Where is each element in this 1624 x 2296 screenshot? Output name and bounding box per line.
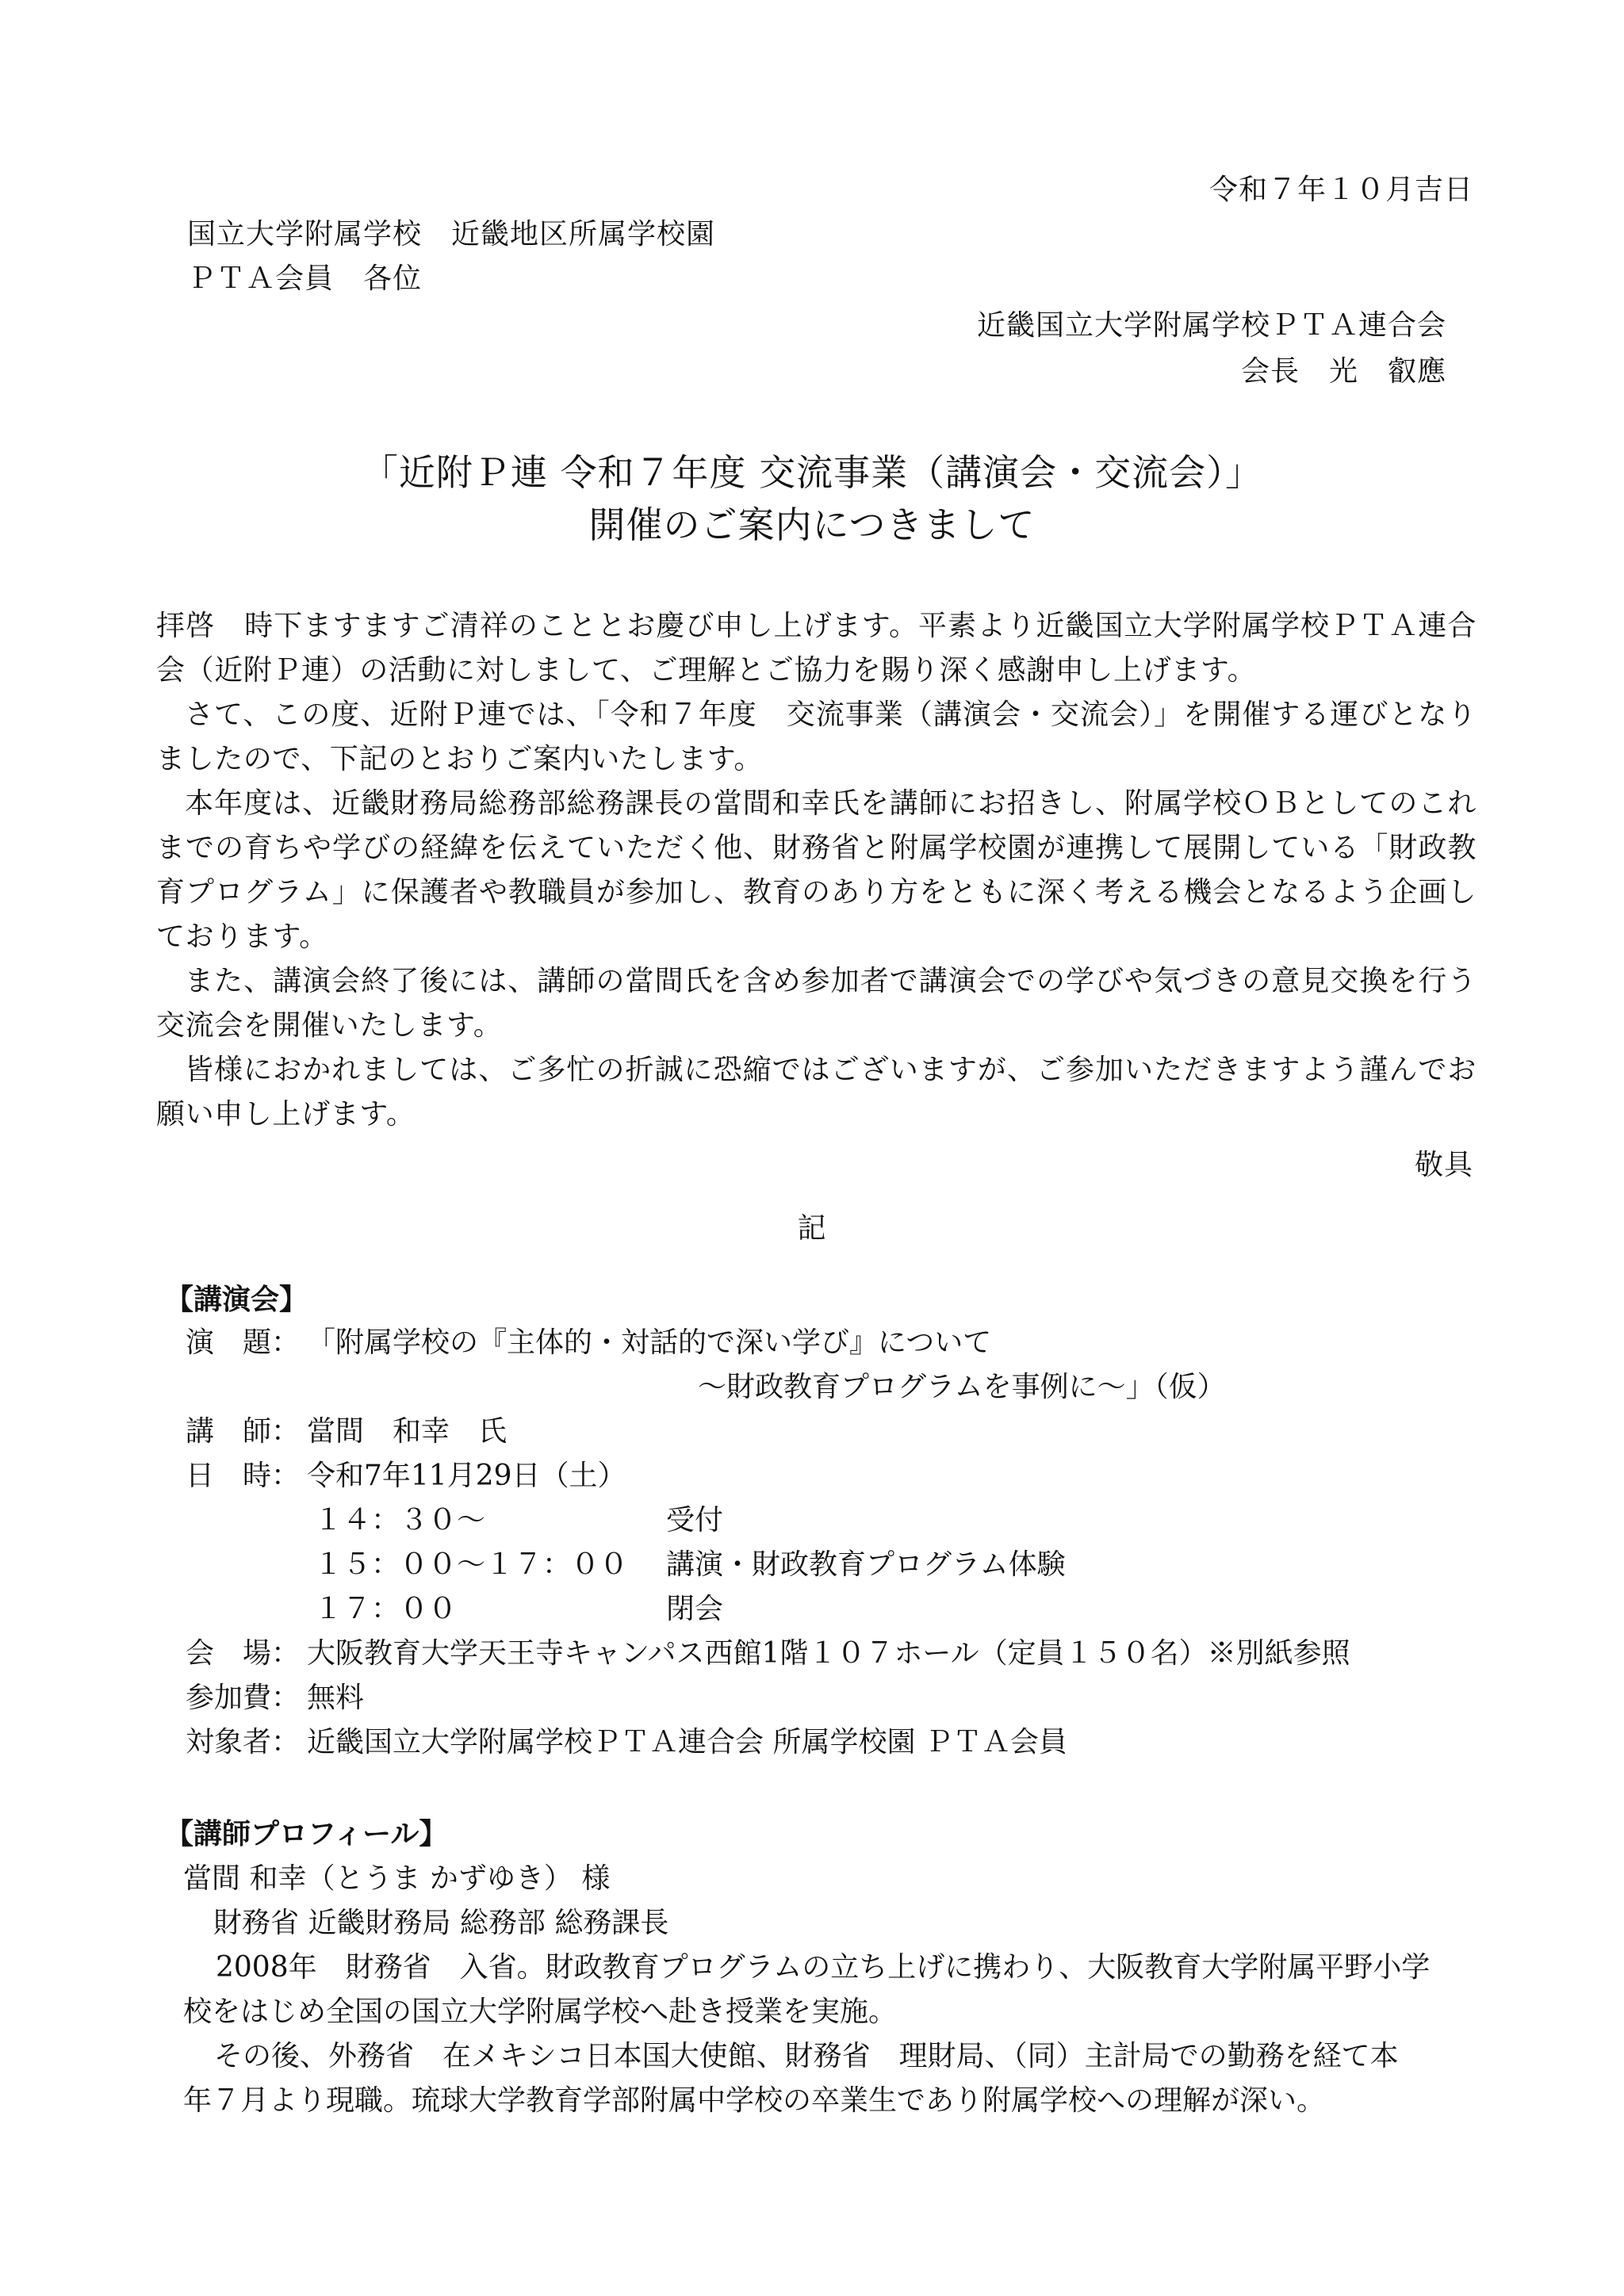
target-label: 対象者： bbox=[186, 1720, 300, 1765]
topic-line-2: ～財政教育プログラムを事例に～」（仮） bbox=[698, 1365, 1226, 1410]
recipient-line-2: ＰＴＡ会員 各位 bbox=[187, 257, 422, 301]
schedule-time-2: １５：００～１７：００ bbox=[314, 1543, 628, 1587]
profile-career-1a: 2008年 財務省 入省。財政教育プログラムの立ち上げに携わり、大阪教育大学附属… bbox=[216, 1946, 1430, 1990]
venue-label: 会 場： bbox=[186, 1632, 300, 1676]
schedule-time-1: １４：３０～ bbox=[314, 1498, 485, 1543]
body-paragraph-purpose: 本年度は、近畿財務局総務部総務課長の當間和幸氏を講師にお招きし、附属学校ＯＢとし… bbox=[156, 782, 1477, 959]
ki-marker: 記 bbox=[0, 1207, 1624, 1251]
profile-name: 當間 和幸（とうま かずゆき） 様 bbox=[183, 1857, 610, 1901]
body-paragraph-exchange: また、講演会終了後には、講師の當間氏を含め参加者で講演会での学びや気づきの意見交… bbox=[156, 959, 1477, 1048]
document-date: 令和７年１０月吉日 bbox=[1209, 168, 1473, 212]
schedule-time-3: １７：００ bbox=[314, 1587, 457, 1632]
profile-career-1b: 校をはじめ全国の国立大学附属学校へ赴き授業を実施。 bbox=[183, 1990, 897, 2034]
fee-label: 参加費： bbox=[186, 1676, 300, 1720]
topic-line-1: 「附属学校の『主体的・対話的で深い学び』について bbox=[307, 1321, 991, 1365]
document-title-line-1: 「近附Ｐ連 令和７年度 交流事業（講演会・交流会）」 bbox=[0, 447, 1624, 498]
speaker-name: 當間 和幸 氏 bbox=[307, 1410, 507, 1454]
event-date: 令和7年11月29日（土） bbox=[307, 1454, 626, 1498]
venue: 大阪教育大学天王寺キャンパス西館1階１０７ホール（定員１５０名）※別紙参照 bbox=[307, 1632, 1350, 1676]
datetime-label: 日 時： bbox=[186, 1454, 300, 1498]
profile-career-2b: 年７月より現職。琉球大学教育学部附属中学校の卒業生であり附属学校への理解が深い。 bbox=[183, 2079, 1325, 2123]
fee: 無料 bbox=[307, 1676, 364, 1720]
body-paragraph-announcement: さて、この度、近附Ｐ連では、「令和７年度 交流事業（講演会・交流会）」を開催する… bbox=[156, 693, 1477, 782]
profile-position: 財務省 近畿財務局 総務部 総務課長 bbox=[213, 1901, 668, 1946]
body-paragraph-greeting: 拝啓 時下ますますご清祥のこととお慶び申し上げます。平素より近畿国立大学附属学校… bbox=[156, 604, 1477, 693]
schedule-event-3: 閉会 bbox=[666, 1587, 723, 1632]
topic-label: 演 題： bbox=[186, 1321, 300, 1365]
profile-heading: 【講師プロフィール】 bbox=[165, 1812, 447, 1857]
lecture-heading: 【講演会】 bbox=[165, 1278, 308, 1322]
target-audience: 近畿国立大学附属学校ＰＴＡ連合会 所属学校園 ＰＴＡ会員 bbox=[307, 1720, 1067, 1765]
schedule-event-1: 受付 bbox=[666, 1498, 723, 1543]
letter-body: 拝啓 時下ますますご清祥のこととお慶び申し上げます。平素より近畿国立大学附属学校… bbox=[156, 604, 1477, 1137]
speaker-label: 講 師： bbox=[186, 1410, 300, 1454]
schedule-event-2: 講演・財政教育プログラム体験 bbox=[666, 1543, 1066, 1587]
sender-organization: 近畿国立大学附属学校ＰＴＡ連合会 bbox=[977, 304, 1446, 348]
recipient-line-1: 国立大学附属学校 近畿地区所属学校園 bbox=[187, 212, 715, 257]
body-paragraph-request: 皆様におかれましては、ご多忙の折誠に恐縮ではございますが、ご参加いただきますよう… bbox=[156, 1048, 1477, 1137]
closing-keigu: 敬具 bbox=[1415, 1143, 1473, 1188]
document-title-line-2: 開催のご案内につきまして bbox=[0, 499, 1624, 550]
profile-career-2a: その後、外務省 在メキシコ日本国大使館、財務省 理財局、（同）主計局での勤務を経… bbox=[214, 2034, 1399, 2079]
sender-name: 会長 光 叡應 bbox=[1241, 350, 1446, 394]
